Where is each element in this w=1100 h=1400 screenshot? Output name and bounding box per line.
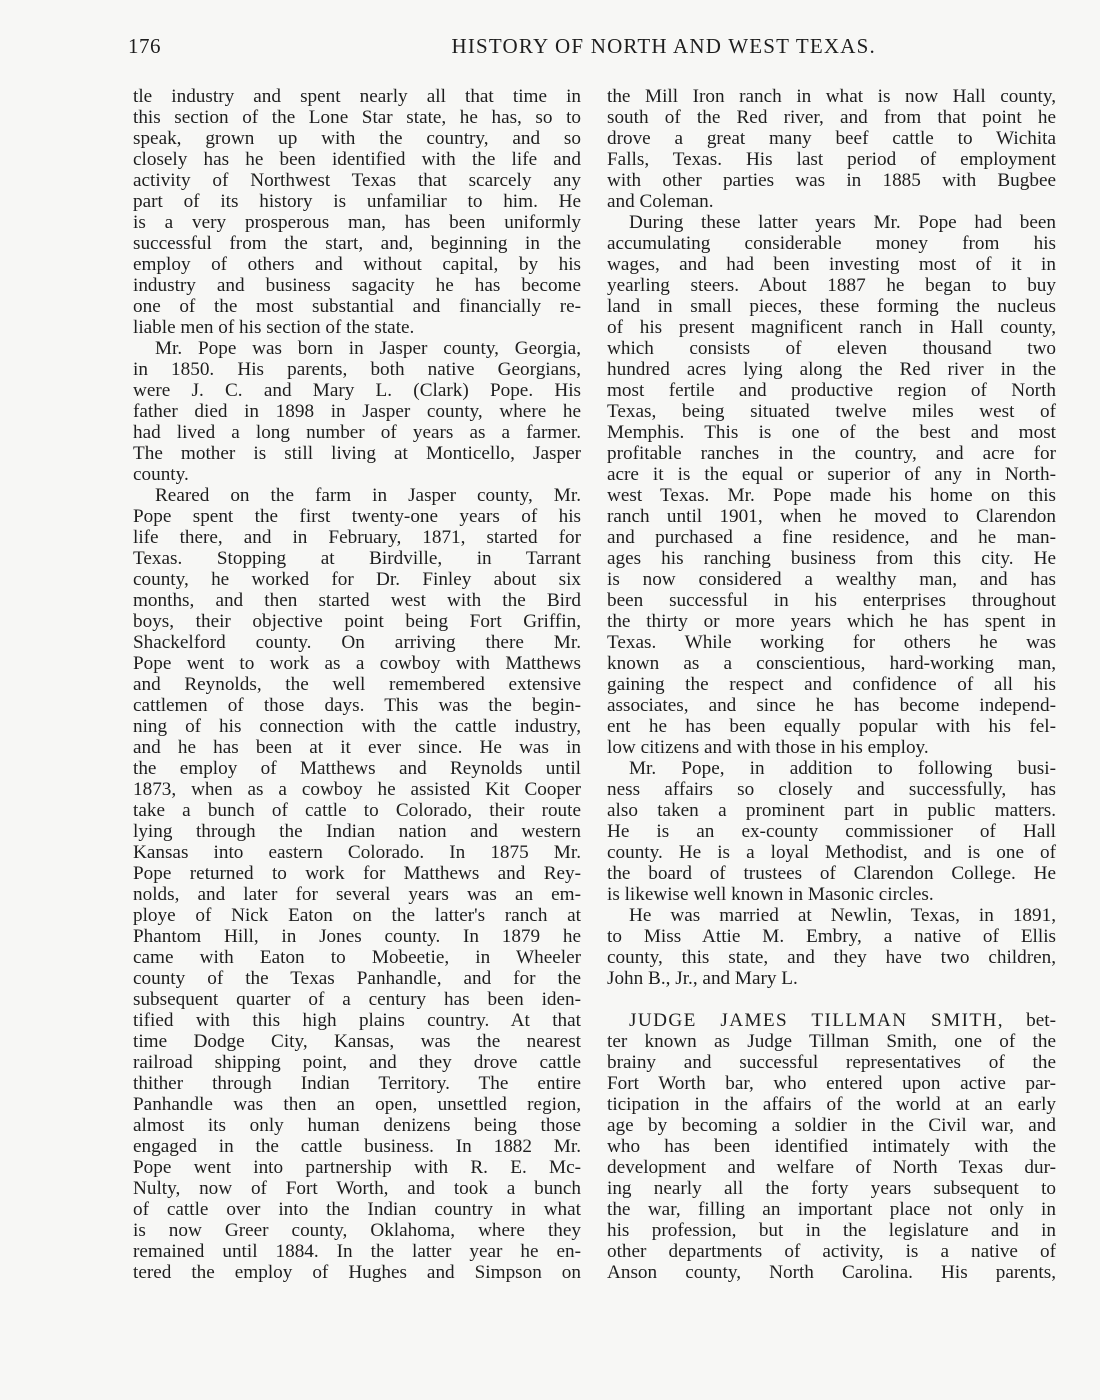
text-line: his profession, but in the legislature a… — [607, 1220, 1056, 1241]
text-line: Nulty, now of Fort Worth, and took a bun… — [133, 1178, 581, 1199]
text-line: county. — [133, 464, 581, 485]
text-line: liable men of his section of the state. — [133, 317, 581, 338]
text-line: ages his ranching business from this cit… — [607, 548, 1056, 569]
text-line: remained until 1884. In the latter year … — [133, 1241, 581, 1262]
text-line: tered the employ of Hughes and Simpson o… — [133, 1262, 581, 1283]
text-line: ning of his connection with the cattle i… — [133, 716, 581, 737]
text-line: time Dodge City, Kansas, was the nearest — [133, 1031, 581, 1052]
text-line: ploye of Nick Eaton on the latter's ranc… — [133, 905, 581, 926]
text-line: the Mill Iron ranch in what is now Hall … — [607, 86, 1056, 107]
text-line: tle industry and spent nearly all that t… — [133, 86, 581, 107]
text-line: south of the Red river, and from that po… — [607, 107, 1056, 128]
text-line: The mother is still living at Monticello… — [133, 443, 581, 464]
text-line: thither through Indian Territory. The en… — [133, 1073, 581, 1094]
text-line: yearling steers. About 1887 he began to … — [607, 275, 1056, 296]
text-line: Texas. While working for others he was — [607, 632, 1056, 653]
text-line: Falls, Texas. His last period of employm… — [607, 149, 1056, 170]
text-line: part of its history is unfamiliar to him… — [133, 191, 581, 212]
text-line: Pope went into partnership with R. E. Mc… — [133, 1157, 581, 1178]
text-line: take a bunch of cattle to Colorado, thei… — [133, 800, 581, 821]
text-line: boys, their objective point being Fort G… — [133, 611, 581, 632]
text-line: Pope spent the first twenty-one years of… — [133, 506, 581, 527]
text-line: industry and business sagacity he has be… — [133, 275, 581, 296]
text-line: acre it is the equal or superior of any … — [607, 464, 1056, 485]
right-column: the Mill Iron ranch in what is now Hall … — [607, 86, 1056, 1283]
text-line: is now considered a wealthy man, and has — [607, 569, 1056, 590]
text-line: cattlemen of those days. This was the be… — [133, 695, 581, 716]
text-line: land in small pieces, these forming the … — [607, 296, 1056, 317]
text-line: of cattle over into the Indian country i… — [133, 1199, 581, 1220]
text-line: profitable ranches in the country, and a… — [607, 443, 1056, 464]
text-line: is a very prosperous man, has been unifo… — [133, 212, 581, 233]
text-line: is likewise well known in Masonic circle… — [607, 884, 1056, 905]
text-line: with other parties was in 1885 with Bugb… — [607, 170, 1056, 191]
entry-heading-continuation: bet- — [1004, 1010, 1056, 1031]
text-line: known as a conscientious, hard-working m… — [607, 653, 1056, 674]
text-line: Texas. Stopping at Birdville, in Tarrant — [133, 548, 581, 569]
text-line: successful from the start, and, beginnin… — [133, 233, 581, 254]
text-line: Panhandle was then an open, unsettled re… — [133, 1094, 581, 1115]
text-line: subsequent quarter of a century has been… — [133, 989, 581, 1010]
text-line: the employ of Matthews and Reynolds unti… — [133, 758, 581, 779]
text-line: months, and then started west with the B… — [133, 590, 581, 611]
left-column: tle industry and spent nearly all that t… — [133, 86, 581, 1283]
text-line: lying through the Indian nation and west… — [133, 821, 581, 842]
text-line: were J. C. and Mary L. (Clark) Pope. His — [133, 380, 581, 401]
text-line: He was married at Newlin, Texas, in 1891… — [607, 905, 1056, 926]
text-line: ticipation in the affairs of the world a… — [607, 1094, 1056, 1115]
text-line: Memphis. This is one of the best and mos… — [607, 422, 1056, 443]
text-line: county, this state, and they have two ch… — [607, 947, 1056, 968]
text-line: which consists of eleven thousand two — [607, 338, 1056, 359]
text-line: of his present magnificent ranch in Hall… — [607, 317, 1056, 338]
text-line: also taken a prominent part in public ma… — [607, 800, 1056, 821]
text-line: Pope went to work as a cowboy with Matth… — [133, 653, 581, 674]
text-line: nolds, and later for several years was a… — [133, 884, 581, 905]
text-line: Mr. Pope, in addition to following busi- — [607, 758, 1056, 779]
text-line: county of the Texas Panhandle, and for t… — [133, 968, 581, 989]
text-line: tified with this high plains country. At… — [133, 1010, 581, 1031]
text-line: During these latter years Mr. Pope had b… — [607, 212, 1056, 233]
text-line: ing nearly all the forty years subsequen… — [607, 1178, 1056, 1199]
text-line: the thirty or more years which he has sp… — [607, 611, 1056, 632]
entry-subject-name: JUDGE JAMES TILLMAN SMITH, — [629, 1010, 1004, 1031]
text-line: brainy and successful representatives of… — [607, 1052, 1056, 1073]
text-line: Shackelford county. On arriving there Mr… — [133, 632, 581, 653]
text-line: almost its only human denizens being tho… — [133, 1115, 581, 1136]
text-line: Fort Worth bar, who entered upon active … — [607, 1073, 1056, 1094]
text-line: this section of the Lone Star state, he … — [133, 107, 581, 128]
text-line: ent he has been equally popular with his… — [607, 716, 1056, 737]
text-line: most fertile and productive region of No… — [607, 380, 1056, 401]
text-line: wages, and had been investing most of it… — [607, 254, 1056, 275]
section-gap — [607, 989, 1056, 1010]
text-line: John B., Jr., and Mary L. — [607, 968, 1056, 989]
text-line: Mr. Pope was born in Jasper county, Geor… — [133, 338, 581, 359]
text-line: speak, grown up with the country, and so — [133, 128, 581, 149]
text-line: activity of Northwest Texas that scarcel… — [133, 170, 581, 191]
page-number: 176 — [128, 34, 161, 59]
text-line: ranch until 1901, when he moved to Clare… — [607, 506, 1056, 527]
text-line: hundred acres lying along the Red river … — [607, 359, 1056, 380]
text-line: engaged in the cattle business. In 1882 … — [133, 1136, 581, 1157]
text-line: Kansas into eastern Colorado. In 1875 Mr… — [133, 842, 581, 863]
text-line: He is an ex-county commissioner of Hall — [607, 821, 1056, 842]
text-line: had lived a long number of years as a fa… — [133, 422, 581, 443]
text-line: one of the most substantial and financia… — [133, 296, 581, 317]
text-line: accumulating considerable money from his — [607, 233, 1056, 254]
text-line: Reared on the farm in Jasper county, Mr. — [133, 485, 581, 506]
text-line: the board of trustees of Clarendon Colle… — [607, 863, 1056, 884]
text-line: employ of others and without capital, by… — [133, 254, 581, 275]
page-header: 176 HISTORY OF NORTH AND WEST TEXAS. — [128, 34, 876, 64]
text-line: 1873, when as a cowboy he assisted Kit C… — [133, 779, 581, 800]
text-line: county, he worked for Dr. Finley about s… — [133, 569, 581, 590]
text-line: west Texas. Mr. Pope made his home on th… — [607, 485, 1056, 506]
text-line: been successful in his enterprises throu… — [607, 590, 1056, 611]
text-line: low citizens and with those in his emplo… — [607, 737, 1056, 758]
entry-heading-line: JUDGE JAMES TILLMAN SMITH, bet- — [607, 1010, 1056, 1031]
text-line: and purchased a fine residence, and he m… — [607, 527, 1056, 548]
running-title: HISTORY OF NORTH AND WEST TEXAS. — [451, 34, 876, 59]
text-line: drove a great many beef cattle to Wichit… — [607, 128, 1056, 149]
text-line: Pope returned to work for Matthews and R… — [133, 863, 581, 884]
text-line: ter known as Judge Tillman Smith, one of… — [607, 1031, 1056, 1052]
text-line: to Miss Attie M. Embry, a native of Elli… — [607, 926, 1056, 947]
text-line: came with Eaton to Mobeetie, in Wheeler — [133, 947, 581, 968]
text-line: life there, and in February, 1871, start… — [133, 527, 581, 548]
text-line: ness affairs so closely and successfully… — [607, 779, 1056, 800]
text-line: closely has he been identified with the … — [133, 149, 581, 170]
text-line: Anson county, North Carolina. His parent… — [607, 1262, 1056, 1283]
text-line: development and welfare of North Texas d… — [607, 1157, 1056, 1178]
text-line: in 1850. His parents, both native Georgi… — [133, 359, 581, 380]
text-line: railroad shipping point, and they drove … — [133, 1052, 581, 1073]
text-line: and Reynolds, the well remembered extens… — [133, 674, 581, 695]
text-line: age by becoming a soldier in the Civil w… — [607, 1115, 1056, 1136]
text-line: the war, filling an important place not … — [607, 1199, 1056, 1220]
text-line: who has been identified intimately with … — [607, 1136, 1056, 1157]
text-line: and Coleman. — [607, 191, 1056, 212]
text-line: gaining the respect and confidence of al… — [607, 674, 1056, 695]
text-line: Phantom Hill, in Jones county. In 1879 h… — [133, 926, 581, 947]
text-line: associates, and since he has become inde… — [607, 695, 1056, 716]
text-line: Texas, being situated twelve miles west … — [607, 401, 1056, 422]
text-line: and he has been at it ever since. He was… — [133, 737, 581, 758]
text-line: is now Greer county, Oklahoma, where the… — [133, 1220, 581, 1241]
text-line: father died in 1898 in Jasper county, wh… — [133, 401, 581, 422]
text-line: other departments of activity, is a nati… — [607, 1241, 1056, 1262]
text-line: county. He is a loyal Methodist, and is … — [607, 842, 1056, 863]
